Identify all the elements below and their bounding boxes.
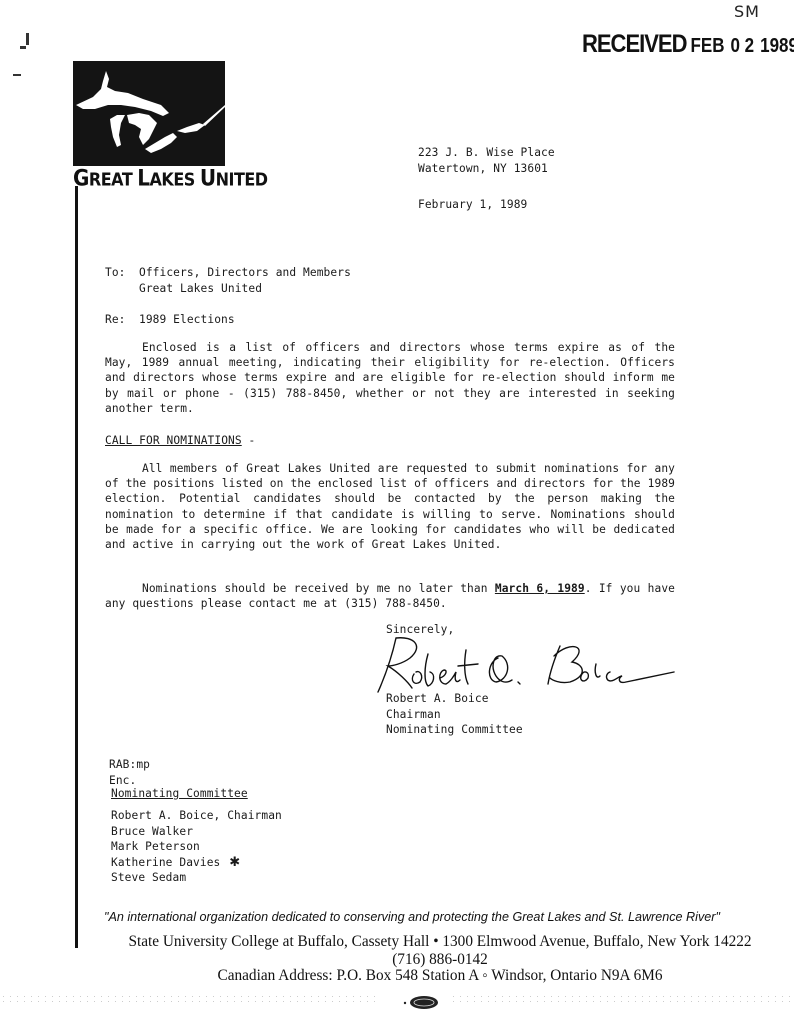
reference-initials: RAB:mp Enc. — [109, 757, 150, 788]
received-year: 1989 — [760, 34, 794, 57]
sender-street: 223 J. B. Wise Place — [418, 145, 555, 161]
scan-artifact — [26, 33, 29, 45]
organization-motto: "An international organization dedicated… — [104, 910, 784, 924]
committee-member-list: Robert A. Boice, Chairman Bruce Walker M… — [111, 808, 282, 886]
wordmark-reat: REAT — [89, 169, 137, 190]
received-label: RECEIVED — [582, 29, 686, 59]
recipient-line1: Officers, Directors and Members — [139, 266, 351, 279]
sender-address: 223 J. B. Wise Place Watertown, NY 13601 — [418, 145, 555, 176]
body-paragraph-2: All members of Great Lakes United are re… — [105, 461, 675, 552]
received-month: FEB — [690, 34, 724, 57]
wordmark-l: L — [137, 165, 149, 191]
wordmark-nited: NITED — [216, 169, 268, 190]
section-heading-suffix: - — [242, 434, 256, 447]
committee-member: Mark Peterson — [111, 839, 282, 855]
us-address: State University College at Buffalo, Cas… — [100, 933, 780, 951]
paragraph-text: Nominations should be received by me no … — [142, 582, 495, 595]
received-date: FEB0 21989 — [690, 34, 794, 58]
committee-heading: Nominating Committee — [111, 787, 248, 800]
signer-name: Robert A. Boice — [386, 691, 523, 707]
paragraph-text: Enclosed is a list of officers and direc… — [105, 340, 675, 416]
committee-member: Bruce Walker — [111, 824, 282, 840]
closing: Sincerely, — [386, 623, 454, 636]
scan-artifact — [13, 74, 21, 76]
handwritten-asterisk-icon: ✱ — [229, 855, 240, 870]
to-label: To: — [105, 265, 139, 281]
committee-member: Robert A. Boice, Chairman — [111, 808, 282, 824]
sender-city: Watertown, NY 13601 — [418, 161, 555, 177]
signer-title: Chairman — [386, 707, 523, 723]
re-label: Re: — [105, 313, 139, 326]
nomination-deadline: March 6, 1989 — [495, 582, 585, 595]
great-lakes-map-icon — [73, 61, 225, 166]
letterhead-margin-rule — [75, 186, 78, 948]
committee-member: Katherine Davies — [111, 856, 220, 869]
great-lakes-logo — [73, 61, 225, 166]
recipient-block: To:Officers, Directors and Members Great… — [105, 265, 351, 297]
subject-line: Re:1989 Elections — [105, 313, 235, 326]
handwritten-initials: SM — [734, 2, 760, 21]
scan-noise — [450, 994, 794, 1004]
section-heading-text: CALL FOR NOMINATIONS — [105, 434, 242, 447]
received-day: 0 2 — [730, 34, 754, 57]
recipient-line2: Great Lakes United — [105, 281, 351, 297]
body-paragraph-3: Nominations should be received by me no … — [105, 581, 675, 611]
letter-date: February 1, 1989 — [418, 198, 527, 211]
signature-block: Robert A. Boice Chairman Nominating Comm… — [386, 691, 523, 738]
paragraph-text: All members of Great Lakes United are re… — [105, 461, 675, 552]
signer-committee: Nominating Committee — [386, 722, 523, 738]
scan-artifact — [20, 46, 26, 49]
section-heading: CALL FOR NOMINATIONS - — [105, 434, 255, 447]
received-stamp: RECEIVEDFEB0 21989 — [582, 31, 794, 57]
union-label-icon — [403, 995, 439, 1010]
organization-wordmark: GREAT LAKES UNITED — [73, 165, 268, 191]
wordmark-u: U — [200, 165, 216, 191]
wordmark-akes: AKES — [150, 169, 200, 190]
subject-text: 1989 Elections — [139, 313, 235, 326]
canadian-address: Canadian Address: P.O. Box 548 Station A… — [100, 967, 780, 985]
committee-member: Steve Sedam — [111, 870, 282, 886]
enclosure-note: Enc. — [109, 773, 150, 789]
typist-initials: RAB:mp — [109, 757, 150, 773]
scan-noise — [0, 994, 380, 1004]
handwritten-signature-icon — [374, 636, 734, 698]
body-paragraph-1: Enclosed is a list of officers and direc… — [105, 340, 675, 416]
